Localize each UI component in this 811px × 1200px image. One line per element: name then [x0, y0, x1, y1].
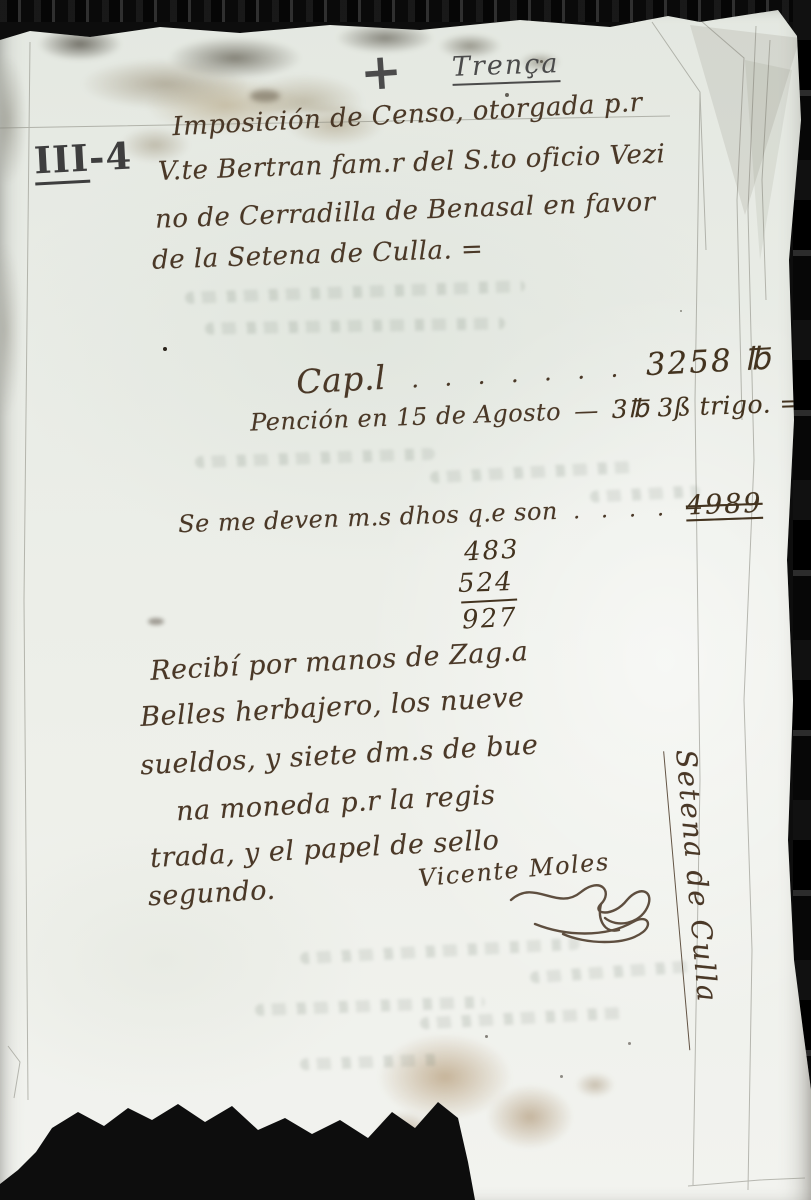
ink-speck [485, 1035, 488, 1038]
capital-value: 3258 ℔ [645, 341, 773, 384]
capital-label: Cap.l [295, 358, 387, 402]
ink-speck [610, 100, 613, 103]
sum-value-1: 483 [463, 535, 520, 568]
crease-line [8, 1046, 20, 1098]
ink-speck [628, 1042, 631, 1045]
pension-separator: — [574, 396, 599, 425]
fold-shadow [745, 60, 792, 260]
receipt-line-2: Belles herbajero, los nueve [139, 682, 525, 733]
bleedthrough-line [420, 1007, 630, 1030]
bleedthrough-line [185, 280, 525, 304]
ink-speck [680, 310, 682, 312]
bleedthrough-line [205, 317, 505, 334]
owed-label: Se me deven m.s dhos q.e son [178, 497, 559, 538]
heading-line-4: de la Setena de Culla. = [152, 234, 484, 276]
bleedthrough-line [300, 938, 580, 965]
pension-value: 3℔ 3ß trigo. = [611, 388, 801, 424]
owed-line: Se me deven m.s dhos q.e son . . . . 498… [178, 488, 763, 539]
crease-line [652, 22, 706, 250]
ink-speck [560, 1075, 563, 1078]
ink-speck [540, 60, 543, 63]
bottom-stain [295, 1005, 665, 1180]
plus-cross-mark: + [358, 41, 404, 103]
owed-value: 4989 [685, 488, 763, 522]
crease-line [24, 42, 30, 1100]
paper-sheet: + Trença III-4 Imposición de Censo, otor… [0, 0, 811, 1200]
crease-line [688, 1178, 805, 1186]
scanner-edge-noise-top [0, 0, 811, 22]
receipt-line-6: segundo. [147, 875, 276, 913]
heading-line-2: V.te Bertran fam.r del S.to oficio Vezi [158, 139, 666, 187]
archival-number: -4 [88, 133, 133, 179]
smudge [250, 90, 280, 102]
heading-line-1: Imposición de Censo, otorgada p.r [172, 88, 644, 143]
manuscript-scan-page: + Trença III-4 Imposición de Censo, otor… [0, 0, 811, 1200]
pension-label: Pención en 15 de Agosto [250, 398, 562, 437]
sum-total: 927 [461, 599, 518, 636]
fold-shadow [690, 25, 800, 215]
bleedthrough-line [195, 448, 435, 468]
ink-speck [505, 93, 509, 97]
ink-speck [163, 347, 167, 351]
receipt-line-1: Recibí por manos de Zag.a [149, 636, 529, 687]
receipt-line-3: sueldos, y siete dm.s de bue [139, 730, 539, 782]
heading-line-3: no de Cerradilla de Benasal en favor [155, 187, 656, 234]
sum-value-2: 524 [457, 567, 514, 599]
bleedthrough-line [430, 461, 640, 484]
capital-dots: . . . . . . . [410, 354, 627, 393]
archival-mark: III-4 [33, 133, 133, 182]
bleedthrough-line [255, 996, 485, 1016]
trenca-annotation: Trença [451, 48, 560, 86]
side-note-vertical: Setena de Culla [663, 748, 728, 1050]
left-edge-shading [0, 30, 48, 450]
crease-line [744, 26, 756, 1190]
crease-line [762, 40, 770, 300]
owed-dots: . . . . [573, 496, 672, 524]
bleedthrough-line [530, 960, 690, 983]
archival-roman: III [33, 136, 90, 186]
receipt-line-4: na moneda p.r la regis [175, 780, 496, 828]
smudge [148, 618, 164, 625]
bleedthrough-line [300, 1054, 440, 1071]
